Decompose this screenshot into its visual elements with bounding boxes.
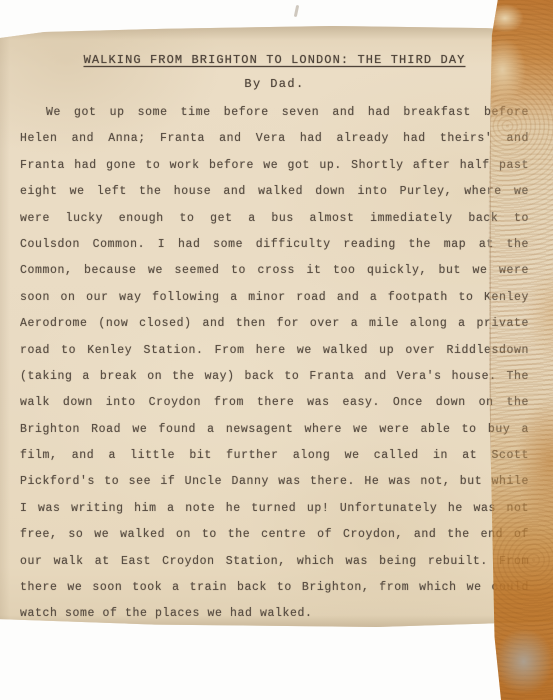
typed-line: Aerodrome (now closed) and then for over… xyxy=(20,311,529,337)
typed-line: our walk at East Croydon Station, which … xyxy=(20,549,529,575)
typed-line: watch some of the places we had walked. xyxy=(20,601,529,627)
typed-line: walk down into Croydon from there was ea… xyxy=(20,390,529,416)
document-page: WALKING FROM BRIGHTON TO LONDON: THE THI… xyxy=(0,26,553,627)
typed-line: Coulsdon Common. I had some difficulty r… xyxy=(20,232,529,258)
typed-line: Helen and Anna; Franta and Vera had alre… xyxy=(20,126,529,152)
document-byline: By Dad. xyxy=(20,76,529,92)
typed-line: Common, because we seemed to cross it to… xyxy=(20,258,529,284)
typed-line: free, so we walked on to the centre of C… xyxy=(20,522,529,548)
scanned-document: WALKING FROM BRIGHTON TO LONDON: THE THI… xyxy=(0,0,553,700)
typed-line: there we soon took a train back to Brigh… xyxy=(20,575,529,601)
typed-lines: We got up some time before seven and had… xyxy=(20,100,529,628)
typed-line: (taking a break on the way) back to Fran… xyxy=(20,364,529,390)
document-title: WALKING FROM BRIGHTON TO LONDON: THE THI… xyxy=(20,52,529,68)
typed-line: soon on our way following a minor road a… xyxy=(20,285,529,311)
typed-line: We got up some time before seven and had… xyxy=(20,100,529,126)
typed-content: WALKING FROM BRIGHTON TO LONDON: THE THI… xyxy=(20,52,529,628)
typed-line: Brighton Road we found a newsagent where… xyxy=(20,417,529,443)
typed-line: eight we left the house and walked down … xyxy=(20,179,529,205)
typed-line: were lucky enough to get a bus almost im… xyxy=(20,206,529,232)
scan-background: { "document": { "title": "WALKING FROM B… xyxy=(0,0,553,700)
typed-line: Franta had gone to work before we got up… xyxy=(20,153,529,179)
scanner-artifact xyxy=(294,5,299,17)
typed-line: road to Kenley Station. From here we wal… xyxy=(20,338,529,364)
typed-line: Pickford's to see if Uncle Danny was the… xyxy=(20,469,529,495)
typed-line: I was writing him a note he turned up! U… xyxy=(20,496,529,522)
typed-line: film, and a little bit further along we … xyxy=(20,443,529,469)
